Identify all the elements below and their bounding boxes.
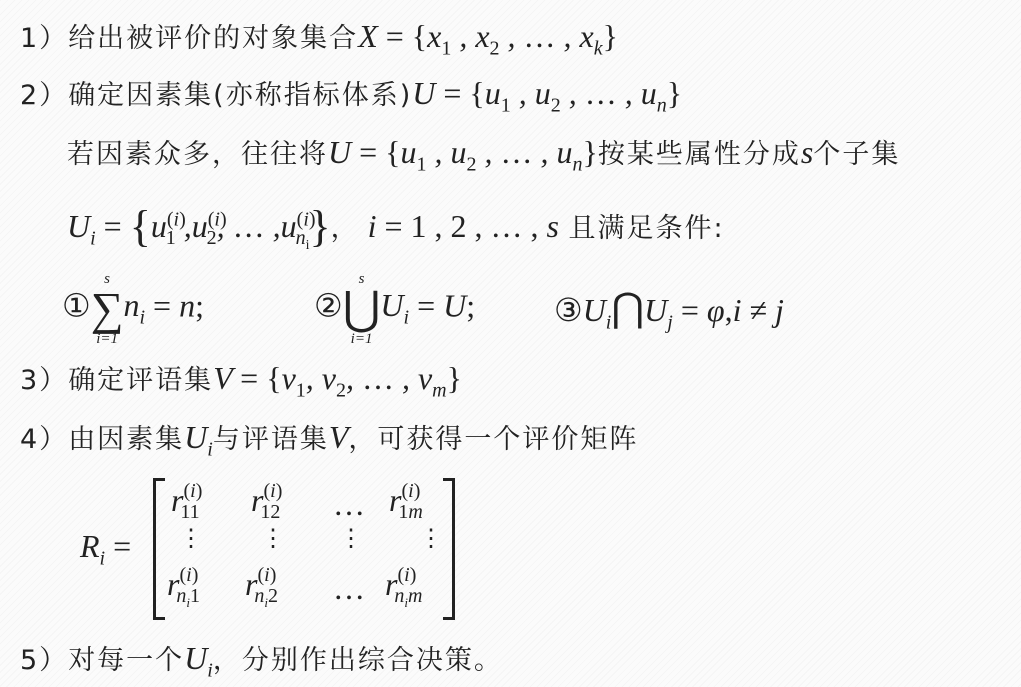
condition-1: ①s∑i=1ni = n; <box>62 272 204 346</box>
matrix-cell: … <box>333 570 365 607</box>
math-set-u: U = {u1 , u2 , … , un} <box>412 75 682 111</box>
circled-1: ① <box>62 287 91 323</box>
matrix-cell: r(i)nim <box>385 566 422 603</box>
matrix-cell: r(i)12 <box>251 482 280 519</box>
note-text-before: 若因素众多，往往将 <box>67 139 328 170</box>
matrix-vdots: ⋮ <box>179 534 203 542</box>
left-bracket <box>153 478 165 620</box>
step-text-b: ，分别作出综合决策。 <box>213 645 503 676</box>
step-text-b: 与评语集 <box>213 424 329 455</box>
union-operator: s⋃i=1 <box>343 272 381 346</box>
var-s: s <box>801 134 813 170</box>
step-number: 5） <box>20 645 68 676</box>
step-text-c: ，可获得一个评价矩阵 <box>348 424 638 455</box>
matrix-cell: r(i)11 <box>171 482 200 519</box>
step-2-subsets: Ui = {u(i)1 ,u(i)2, … ,u(i)ni}， i = 1 , … <box>67 208 725 247</box>
math-set-x: X = {x1 , x2 , … , xk} <box>358 18 618 54</box>
condition-2: ②s⋃i=1Ui = U; <box>314 272 475 346</box>
step-2-note: 若因素众多，往往将U = {u1 , u2 , … , un}按某些属性分成s个… <box>67 134 900 173</box>
step-3: 3）确定评语集V = {v1, v2, … , vm} <box>20 360 462 399</box>
note-text-end: 个子集 <box>813 139 900 170</box>
matrix-cell: r(i)ni2 <box>245 566 278 603</box>
step-text: 确定评语集 <box>68 365 213 396</box>
sum-operator: s∑i=1 <box>91 272 124 346</box>
matrix-lhs: Ri = <box>80 528 131 565</box>
math-set-u-inline: U = {u1 , u2 , … , un} <box>328 134 598 170</box>
step-number: 2） <box>20 80 68 111</box>
step-4: 4）由因素集Ui与评语集V，可获得一个评价矩阵 <box>20 419 638 458</box>
math-subset-def: Ui = {u(i)1 ,u(i)2, … ,u(i)ni}， i = 1 , … <box>67 208 559 244</box>
matrix-vdots: ⋮ <box>261 534 285 542</box>
evaluation-matrix: r(i)11 r(i)12 … r(i)1m ⋮ ⋮ ⋮ ⋮ r(i)ni1 r… <box>153 478 455 616</box>
circled-2: ② <box>314 287 343 323</box>
matrix-cell: r(i)1m <box>389 482 423 519</box>
var-ui: Ui <box>184 640 213 676</box>
right-bracket <box>443 478 455 620</box>
var-ui: Ui <box>184 419 213 455</box>
step-number: 4） <box>20 424 68 455</box>
step-2: 2）确定因素集(亦称指标体系)U = {u1 , u2 , … , un} <box>20 75 682 114</box>
matrix-cell: r(i)ni1 <box>167 566 200 603</box>
step-text-a: 由因素集 <box>68 424 184 455</box>
matrix-vdots: ⋮ <box>419 534 443 542</box>
step-number: 3） <box>20 365 68 396</box>
matrix-vdots: ⋮ <box>339 534 363 542</box>
condition-3: ③Ui⋂Uj = φ,i ≠ j <box>554 284 784 331</box>
note-text-after: 按某些属性分成 <box>598 139 801 170</box>
step-text: 确定因素集(亦称指标体系) <box>68 80 412 111</box>
step-text: 给出被评价的对象集合 <box>68 23 358 54</box>
step-1: 1）给出被评价的对象集合X = {x1 , x2 , … , xk} <box>20 18 618 57</box>
intersection-operator: ⋂ <box>611 285 644 330</box>
math-set-v: V = {v1, v2, … , vm} <box>213 360 462 396</box>
circled-3: ③ <box>554 292 583 328</box>
step-text-a: 对每一个 <box>68 645 184 676</box>
condition-label: 且满足条件: <box>569 213 725 244</box>
step-number: 1） <box>20 23 68 54</box>
step-5: 5）对每一个Ui，分别作出综合决策。 <box>20 640 503 679</box>
var-v: V <box>329 419 349 455</box>
matrix-cell: … <box>333 486 365 523</box>
